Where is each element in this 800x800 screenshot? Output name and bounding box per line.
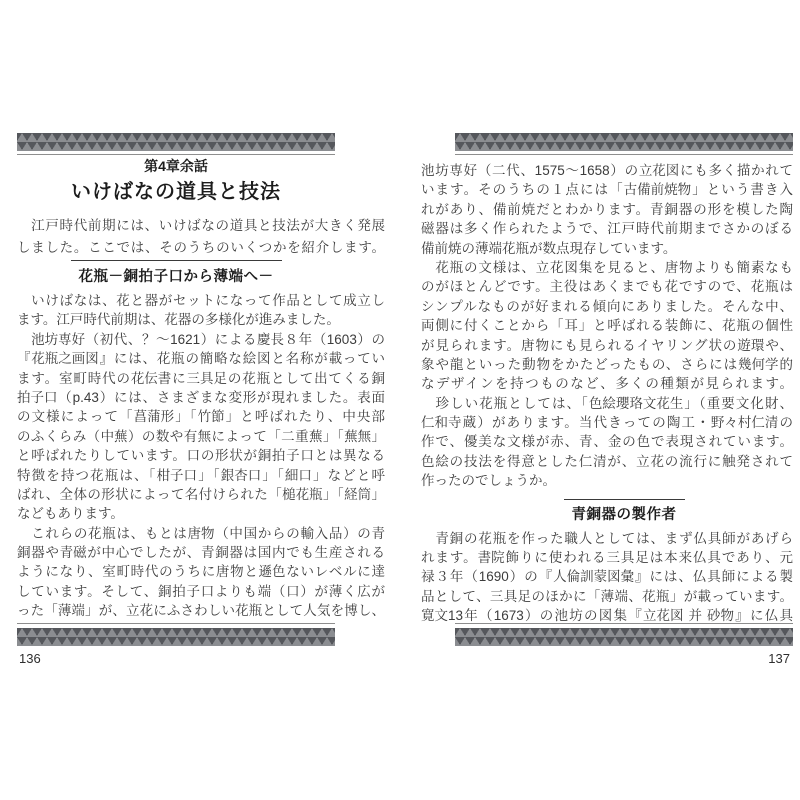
rule-line-top-right — [455, 154, 793, 155]
text-line: 青銅の花瓶を作った職人としては、まず仏具師があげら — [421, 529, 793, 548]
page-left-content: 第4章余話 いけばなの道具と技法 江戸時代前期には、いけばなの道具と技法が大きく… — [17, 157, 385, 621]
body-text-right-bottom: 青銅の花瓶を作った職人としては、まず仏具師があげられます。書院しょいん飾りに使わ… — [421, 529, 793, 626]
text-line: が見られます。唐物にも見られるイヤリング状の遊環ゆうかんや、 — [421, 336, 793, 355]
ruby-base: 幾何学きかがく — [738, 355, 779, 374]
text-line: しています。そして、銅拍子口よりも端（口）が薄く広が — [17, 582, 385, 601]
text-line: のふくらみ（中蕪なかかぶら）の数や有無によって「二重蕪」「蕪無かぶらなし」 — [17, 427, 385, 446]
ruby-base: 遜色そんしょく — [259, 562, 286, 581]
ruby-base: 立花図りっかず — [643, 606, 684, 625]
ruby-base: 竹節たけふし — [198, 407, 225, 426]
ruby-base: 菖蒲形しょうぶがた — [134, 407, 175, 426]
ruby-base: 元げん — [780, 548, 793, 567]
text-line: 江戸時代前期には、いけばなの道具と技法が大きく発展 — [17, 215, 385, 237]
page-right-content: 池坊専好（二代、1575～1658）の立花図りっかずにも多く描かれています。その… — [421, 157, 793, 626]
ruby-base: 花瓶之画図かへいのがず — [31, 349, 99, 368]
ruby-base: 青磁せいじ — [60, 543, 87, 562]
ruby-base: 仁和寺にんなじ — [421, 413, 462, 432]
ruby-base: 寛文かんぶん — [421, 606, 448, 625]
ruby-base: 柑子口こうじぐち — [157, 466, 198, 485]
ruby-base: 遊環ゆうかん — [737, 336, 764, 355]
text-line: シンプルなものが好まれる傾向にありました。そんな中、 — [421, 297, 793, 316]
text-line: 池坊専好（二代、1575～1658）の立花図りっかずにも多く描かれて — [421, 161, 793, 180]
section-heading-wrap: 青銅器の製作者 — [455, 499, 793, 526]
text-line: これらの花瓶は、もとは唐物からもの（中国からの輸入品）の青 — [17, 524, 385, 543]
text-line: と呼ばれたりしています。口の形状が銅拍子口とは異なる — [17, 446, 385, 465]
ruby-base: 唐物からもの — [188, 524, 215, 543]
ruby-base: 槌花瓶つちかびん — [282, 485, 323, 504]
body-text-right-top: 池坊専好（二代、1575～1658）の立花図りっかずにも多く描かれています。その… — [421, 161, 793, 491]
book-spread: 第4章余話 いけばなの道具と技法 江戸時代前期には、いけばなの道具と技法が大きく… — [0, 0, 800, 800]
ruby-base: 禄ろく — [421, 567, 435, 586]
ruby-base: 薄端うすばた — [58, 601, 85, 620]
section-heading-seidoki: 青銅器の製作者 — [564, 499, 685, 525]
ruby-base: 花器かき — [164, 310, 191, 329]
zigzag-border-top-right — [455, 133, 793, 151]
ruby-base: 池坊専好いけのぼうせんこう — [31, 330, 85, 349]
text-line: れます。書院しょいん飾りに使われる三具足は本来仏具であり、元げん — [421, 548, 793, 567]
text-line: 『花瓶之画図かへいのがず』には、花瓶の簡略な絵図と名称が載ってい — [17, 349, 385, 368]
ruby-base: 人倫訓蒙図彙じんりんきんもうずい — [553, 567, 634, 586]
page-number-left: 136 — [19, 651, 41, 667]
text-line: 象や龍といった動物をかたどったもの、さらには幾何学きかがく的 — [421, 355, 793, 374]
ruby-base: 銅ど — [372, 369, 385, 388]
section-heading-kaheki: 花瓶－銅拍子口から薄端へ－ — [71, 260, 282, 286]
ruby-base: 野々村仁清ののむらにんせい — [711, 413, 779, 432]
ruby-base: 書院しょいん — [478, 548, 505, 567]
text-line: の文様によって「菖蒲形しょうぶがた」「竹節たけふし」と呼ばれたり、中央部 — [17, 407, 385, 426]
zigzag-border-bottom-right — [455, 628, 793, 646]
ruby-base: 并ならびに — [689, 606, 703, 625]
section-heading-wrap: 花瓶－銅拍子口から薄端へ－ — [17, 260, 335, 287]
text-line: ばれ、全体の形状によって名付けられた「槌花瓶つちかびん」「経筒きょうづつ」 — [17, 485, 385, 504]
ruby-base: 砂物すなのもの — [707, 606, 734, 625]
ruby-base: 古備前焼物こびぜんやきもの — [624, 180, 692, 199]
text-line: 池坊専好いけのぼうせんこう（初代、？～1621）による慶長けいちょう８年（160… — [17, 330, 385, 349]
rule-line-bottom-left — [17, 623, 335, 624]
ruby-base: 中蕪なかかぶら — [101, 427, 128, 446]
ruby-base: 三具足みつぐそく — [187, 369, 228, 388]
text-line: 両側に付くことから「耳」と呼ばれる装飾に、花瓶の個性 — [421, 316, 793, 335]
text-line: 禄ろく３年（1690）の『人倫訓蒙図彙じんりんきんもうずい』には、仏具師による製 — [421, 567, 793, 586]
ruby-base: 立花図りっかず — [639, 161, 680, 180]
intro-paragraph: 江戸時代前期には、いけばなの道具と技法が大きく発展しました。ここでは、そのうちの… — [17, 215, 385, 258]
zigzag-border-bottom-left — [17, 628, 335, 646]
text-line: った「薄端うすばた」が、立花にふさわしい花瓶として人気を博し、 — [17, 601, 385, 620]
ruby-base: 銀杏口いちょうぐち — [221, 466, 262, 485]
text-line: 作ったのでしょうか。 — [421, 471, 793, 490]
text-line: などもあります。 — [17, 504, 385, 523]
text-line: いけばなは、花と器がセットになって作品として成立し — [17, 291, 385, 310]
text-line: 品として、三具足のほかに「薄端、花瓶」が載っています。 — [421, 587, 793, 606]
text-line: 寛文かんぶん13年（1673）の池坊の図集『立花図りっかず 并ならびに 砂物すな… — [421, 606, 793, 625]
ruby-base: 拍子口びょうしぐち — [17, 388, 58, 407]
text-line: なデザインを持つものなど、多くの種類が見られます。 — [421, 374, 793, 393]
chapter-label: 第4章余話 — [17, 157, 335, 175]
text-line: れがあり、備前焼だとわかります。青銅器の形を模した陶 — [421, 200, 793, 219]
text-line: います。そのうちの１点には「古備前焼物こびぜんやきもの」という書き入 — [421, 180, 793, 199]
text-line: のがほとんどです。主役はあくまでも花ですので、花瓶は — [421, 277, 793, 296]
text-line: 銅器や青磁せいじが中心でしたが、青銅器は国内でも生産される — [17, 543, 385, 562]
ruby-base: 色絵瓔珞文花生いろえようらくもんはないけ — [589, 394, 684, 413]
ruby-base: 細口ほそくち — [285, 466, 312, 485]
text-line: 備前焼の薄端花瓶が数点現存しています。 — [421, 239, 793, 258]
text-line: 珍しい花瓶としては、「色絵瓔珞文花生いろえようらくもんはないけ」（重要文化財、 — [421, 394, 793, 413]
text-line: ようになり、室町時代のうちに唐物と遜色そんしょくないレベルに達 — [17, 562, 385, 581]
text-line: 磁器は多く作られたようで、江戸時代前期までさかのぼる — [421, 219, 793, 238]
zigzag-border-top-left — [17, 133, 335, 151]
text-line: 拍子口びょうしぐち（p.43）には、さまざまな変形が現れました。表面 — [17, 388, 385, 407]
ruby-base: 花伝書かでんしょ — [131, 369, 172, 388]
body-text-left: いけばなは、花と器がセットになって作品として成立します。江戸時代前期は、花器かき… — [17, 291, 385, 621]
text-line: しました。ここでは、そのうちのいくつかを紹介します。 — [17, 237, 385, 259]
text-line: 特徴を持つ花瓶は、「柑子口こうじぐち」「銀杏口いちょうぐち」「細口ほそくち」など… — [17, 466, 385, 485]
ruby-base: 蕪無かぶらなし — [344, 427, 371, 446]
page-number-right: 137 — [455, 651, 790, 667]
ruby-base: 慶長けいちょう — [257, 330, 284, 349]
text-line: 花瓶の文様は、立花図集を見ると、唐物よりも簡素なも — [421, 258, 793, 277]
text-line: 色絵の技法を得意とした仁清が、立花の流行に触発されて — [421, 452, 793, 471]
text-line: 作で、優美な文様が赤、青、金の色で表現されています。 — [421, 432, 793, 451]
text-line: ます。室町時代の花伝書かでんしょに三具足みつぐそくの花瓶として出てくる銅ど — [17, 369, 385, 388]
ruby-base: 経筒きょうづつ — [344, 485, 371, 504]
chapter-title: いけばなの道具と技法 — [17, 178, 335, 206]
text-line: 仁和寺にんなじ蔵）があります。当代きっての陶工・野々村仁清ののむらにんせいの — [421, 413, 793, 432]
rule-line-top-left — [17, 154, 335, 155]
text-line: ます。江戸時代前期は、花器かきの多様化が進みました。 — [17, 310, 385, 329]
